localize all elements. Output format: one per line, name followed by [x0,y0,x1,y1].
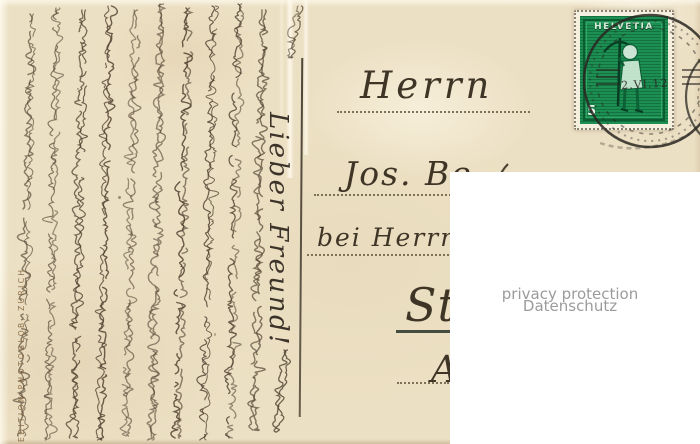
handwriting-column [171,8,192,438]
handwriting-column [201,6,218,440]
paper-speck [77,88,79,90]
paper-crease [303,0,309,155]
postcard-scan: Lieber Freund! EDITION PHOTOGLOB, ZÜRICH… [0,0,700,444]
handwriting-column [45,8,64,444]
handwriting-column [276,350,290,432]
handwriting-column [273,350,287,432]
handwriting-column [227,4,244,438]
handwriting-column [176,8,192,438]
dotted-line [307,254,453,256]
dotted-line [397,382,449,384]
paper-speck [214,333,216,336]
handwriting-column [147,4,163,440]
stamp-denomination: 5 [587,104,596,119]
dotted-line [314,194,455,196]
paper-speck [118,196,121,199]
handwriting-column [95,6,111,440]
handwriting-column [43,8,58,440]
underline [396,330,454,333]
handwriting-column [148,4,166,440]
address-line-salutation: Herrn [360,64,493,107]
handwriting-column [197,6,215,440]
handwriting-column [290,6,303,58]
publisher-imprint: EDITION PHOTOGLOB, ZÜRICH [17,268,26,442]
handwriting-column [120,10,137,436]
printed-greeting: Lieber Freund! [263,112,293,347]
dotted-line [337,111,530,113]
address-line-bei-herrn: bei Herrn [317,223,458,252]
privacy-overlay: privacy protection Datenschutz [450,172,700,444]
handwriting-column [288,6,299,58]
stamp-design: HELVETIA 5 [580,16,668,124]
handwriting-column [99,6,118,440]
divider-line [299,58,304,417]
handwriting-column [123,10,141,436]
handwriting-column [70,10,88,438]
postage-stamp: HELVETIA 5 [574,10,674,130]
privacy-text-de: Datenschutz [450,301,690,313]
handwriting-column [225,4,242,438]
paper-crease [279,0,284,120]
handwriting-column [66,10,84,438]
